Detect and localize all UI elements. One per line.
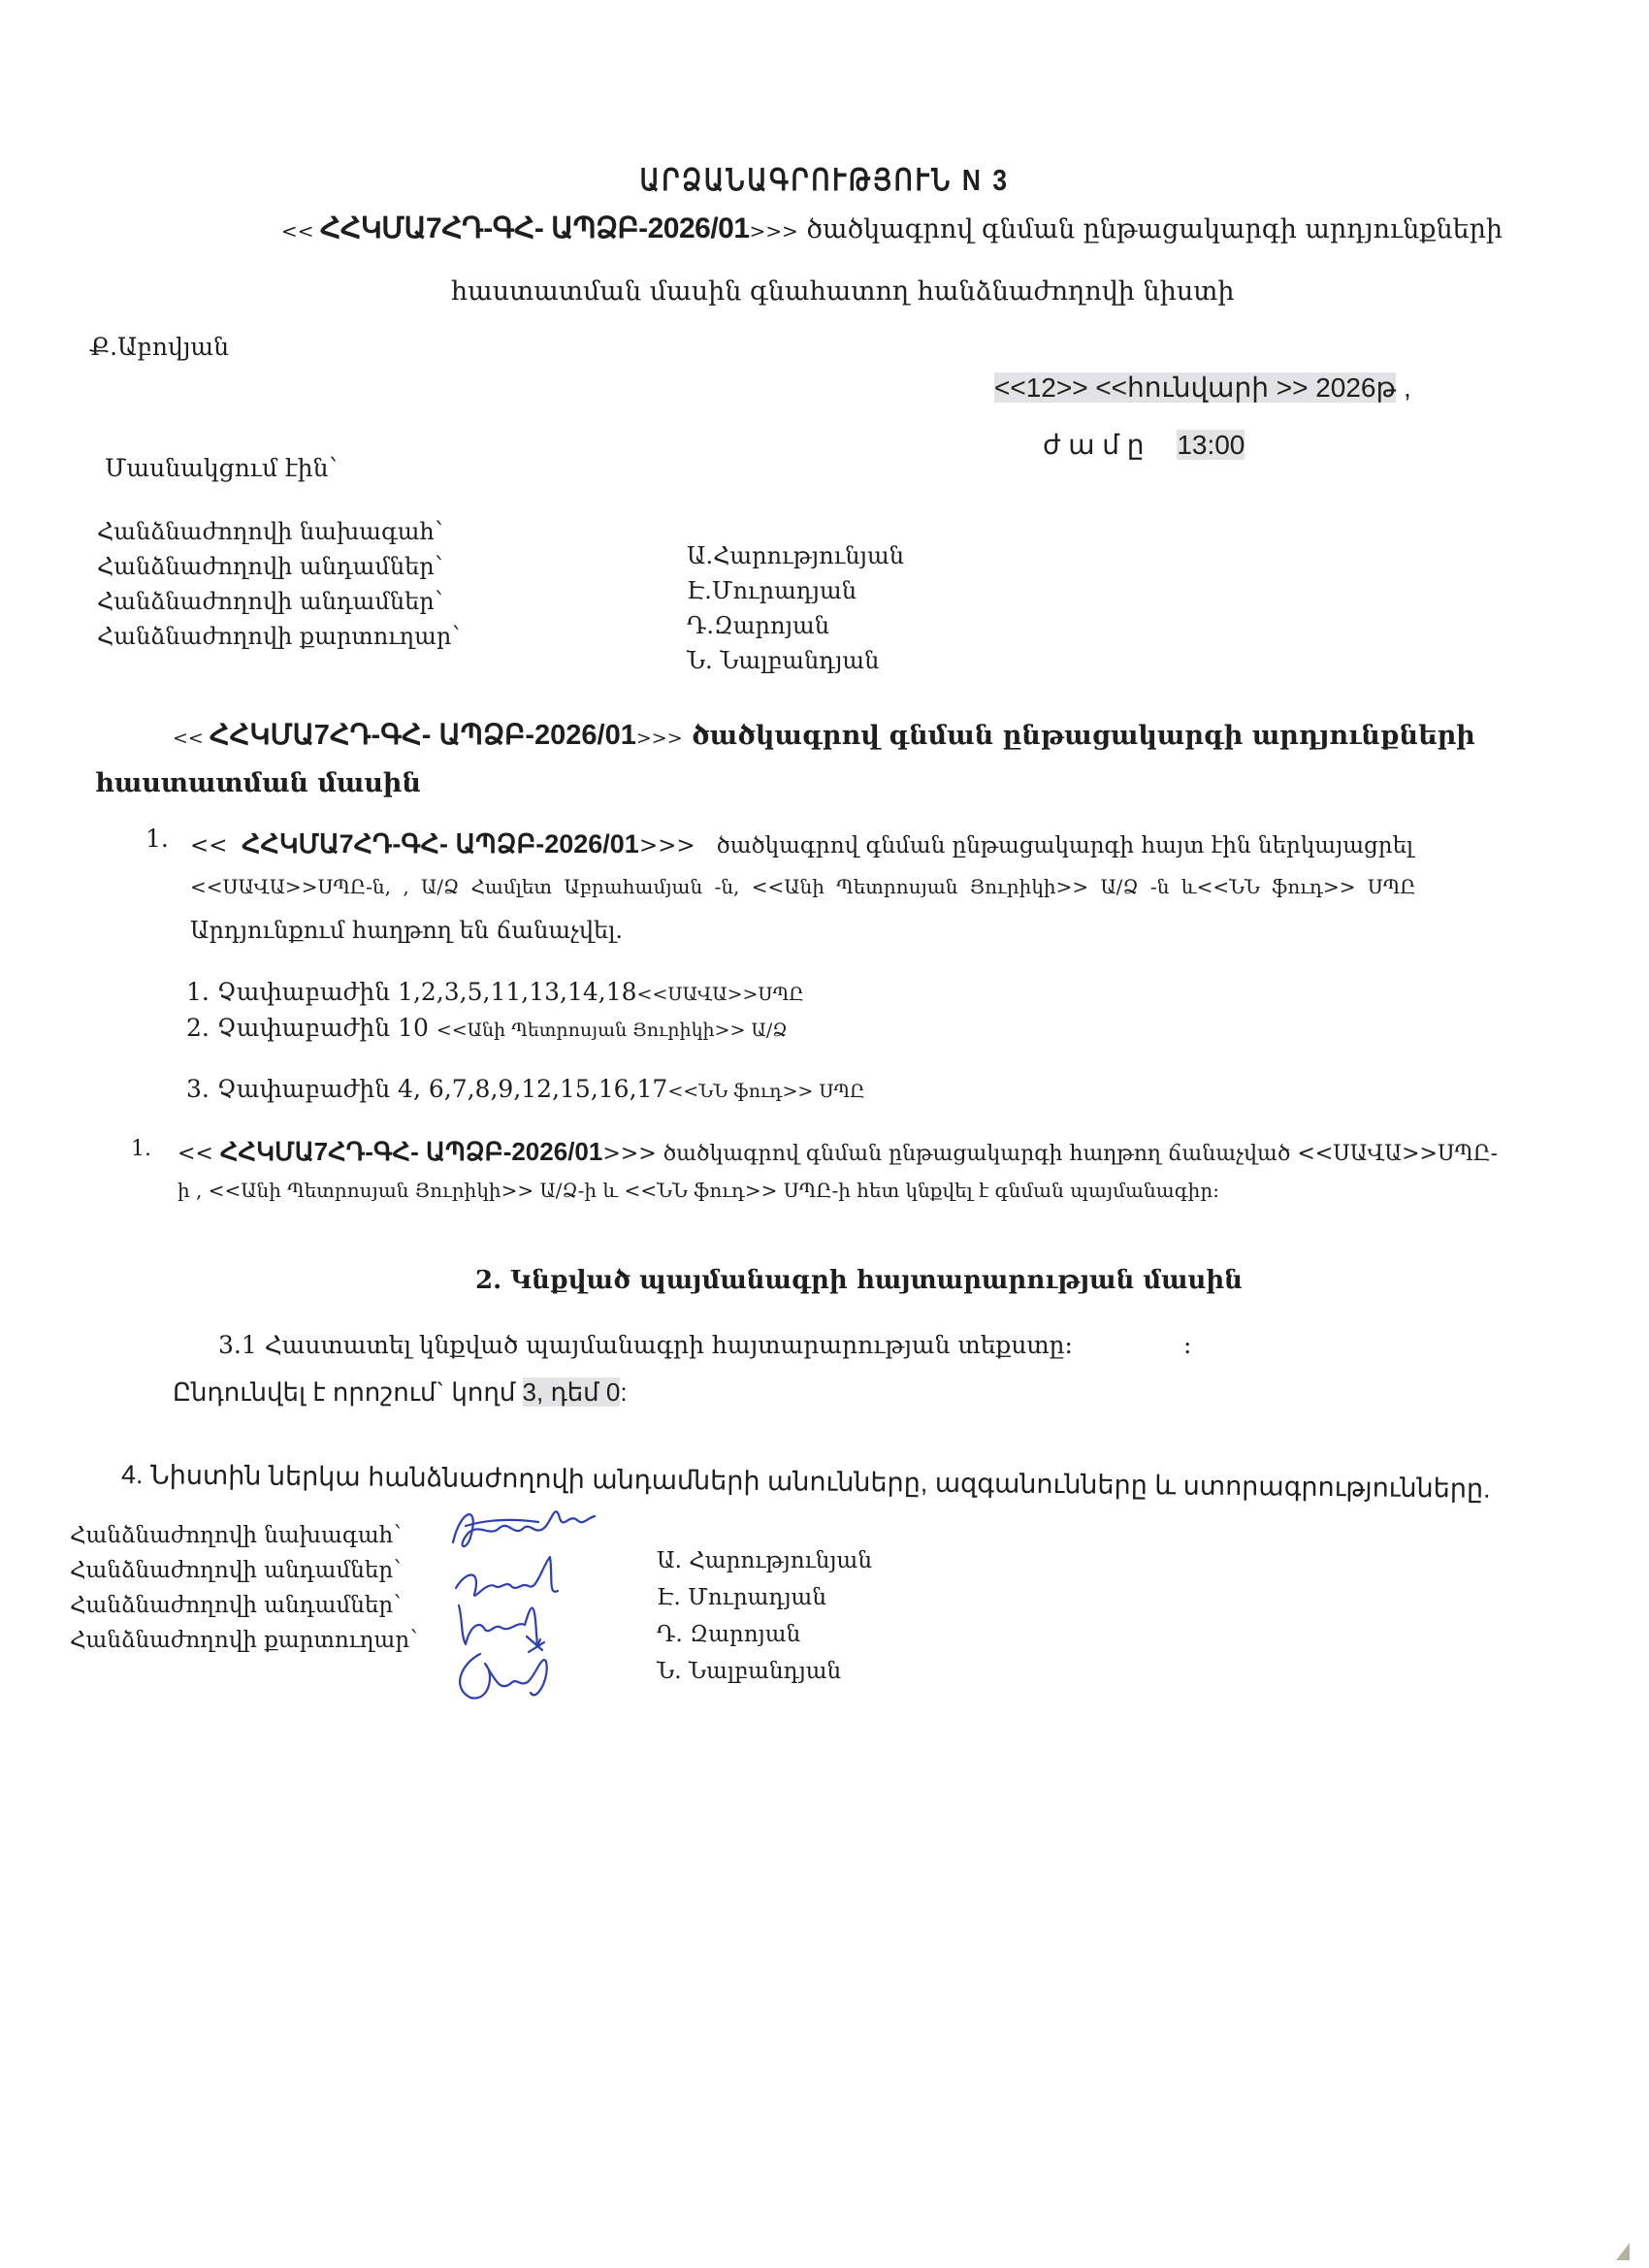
lot-2: 2. Չափաբաժին 10 <<Անի Պետրոսյան Յուրիկի>… — [186, 1014, 788, 1042]
document-subtitle-line2: հաստատման մասին գնահատող հանձնաժողովի նի… — [451, 276, 1234, 307]
meeting-date: <<12>> <<հունվարի >> 2026թ , — [994, 372, 1411, 404]
meeting-time: ժ ա մ ը 13:00 — [1043, 429, 1245, 461]
committee-role: Հանձնաժողովի նախագահ` — [97, 514, 463, 549]
signatory-name: Ն. Նալբանդյան — [657, 1653, 872, 1690]
code-open: << — [281, 219, 320, 243]
committee-role: Հանձնաժողովի անդամներ` — [97, 584, 463, 619]
signatory-name: Է. Մուրադյան — [657, 1579, 872, 1616]
signatory-role: Հանձնաժողովի քարտուղար` — [70, 1623, 421, 1658]
section2-point-mark: : — [1183, 1331, 1191, 1359]
section4-heading: 4. Նիստին ներկա հանձնաժողովի անդամների ա… — [121, 1460, 1491, 1505]
section2-heading: 2. Կնքված պայմանագրի հայտարարության մասի… — [475, 1266, 1243, 1295]
section-heading-line1: << ՀՀԿՄԱ7ՀԴ-ԳՀ- ԱՊՁԲ-2026/01>>> ծածկագրո… — [173, 718, 1475, 752]
item2-line1: << ՀՀԿՄԱ7ՀԴ-ԳՀ- ԱՊՁԲ-2026/01>>> ծածկագրո… — [178, 1137, 1498, 1167]
page-corner-fold — [1616, 2243, 1630, 2260]
section-heading-line2: հաստատման մասին — [95, 768, 421, 798]
code-close: >>> — [750, 219, 798, 243]
time-value: 13:00 — [1177, 430, 1245, 460]
item1-line1: << ՀՀԿՄԱ7ՀԴ-ԳՀ- ԱՊՁԲ-2026/01>>> ծածկագրո… — [190, 829, 1548, 859]
participants-label: Մասնակցում էին` — [105, 454, 340, 482]
committee-name: Դ.Զարոյան — [687, 608, 904, 643]
vote-count: 3, դեմ 0 — [523, 1377, 621, 1407]
location: Ք.Աբովյան — [89, 333, 229, 361]
document-subtitle-line1: << ՀՀԿՄԱ7ՀԴ-ԳՀ- ԱՊՁԲ-2026/01>>> ծածկագրո… — [281, 211, 1503, 245]
signatures-icon — [441, 1499, 635, 1707]
signatory-roles: Հանձնաժողովի նախագահ` Հանձնաժողովի անդամ… — [70, 1518, 421, 1658]
time-label: ժ ա մ ը — [1043, 430, 1145, 460]
committee-name: Ա.Հարությունյան — [687, 538, 904, 573]
signatory-name: Դ. Զարոյան — [657, 1616, 872, 1653]
document-title: ԱՐՁԱՆԱԳՐՈՒԹՅՈՒՆ N 3 — [124, 163, 1526, 198]
committee-role: Հանձնաժողովի անդամներ` — [97, 549, 463, 584]
lot-3: 3. Չափաբաժին 4, 6,7,8,9,12,15,16,17<<ՆՆ … — [186, 1075, 865, 1103]
committee-name: Ն. Նալբանդյան — [687, 643, 904, 678]
date-value: <<12>> <<հունվարի >> 2026թ — [994, 373, 1396, 403]
decision-line: Ընդունվել է որոշում` կողմ 3, դեմ 0: — [173, 1377, 628, 1408]
item2-number: 1. — [131, 1137, 151, 1161]
committee-roles: Հանձնաժողովի նախագահ` Հանձնաժողովի անդամ… — [97, 514, 463, 654]
item1-number: 1. — [145, 825, 169, 853]
lot-1: 1. Չափաբաժին 1,2,3,5,11,13,14,18<<ՍԱՎԱ>>… — [186, 978, 804, 1006]
section2-point: 3.1 Հաստատել կնքված պայմանագրի հայտարարո… — [218, 1331, 1073, 1359]
signatory-role: Հանձնաժողովի անդամներ` — [70, 1553, 421, 1588]
signatory-name: Ա. Հարությունյան — [657, 1542, 872, 1579]
item1-line3: Արդյունքում հաղթող են ճանաչվել. — [190, 917, 623, 944]
committee-role: Հանձնաժողովի քարտուղար` — [97, 619, 463, 654]
procurement-code: ՀՀԿՄԱ7ՀԴ-ԳՀ- ԱՊՁԲ-2026/01 — [320, 212, 750, 244]
signatory-role: Հանձնաժողովի անդամներ` — [70, 1588, 421, 1623]
date-suffix: , — [1396, 373, 1411, 403]
signatory-role: Հանձնաժողովի նախագահ` — [70, 1518, 421, 1553]
signatory-names: Ա. Հարությունյան Է. Մուրադյան Դ. Զարոյան… — [657, 1542, 872, 1690]
subtitle-text: ծածկագրով գնման ընթացակարգի արդյունքների — [798, 214, 1503, 244]
committee-names: Ա.Հարությունյան Է.Մուրադյան Դ.Զարոյան Ն.… — [687, 538, 904, 678]
item2-line2: ի , <<Անի Պետրոսյան Յուրիկի>> Ա/Ձ-ի և <<… — [178, 1179, 1219, 1202]
committee-name: Է.Մուրադյան — [687, 573, 904, 608]
item1-line2: <<ՍԱՎԱ>>ՍՊԸ-ն, , Ա/Ձ Համլետ Աբրահամյան -… — [190, 875, 1416, 898]
